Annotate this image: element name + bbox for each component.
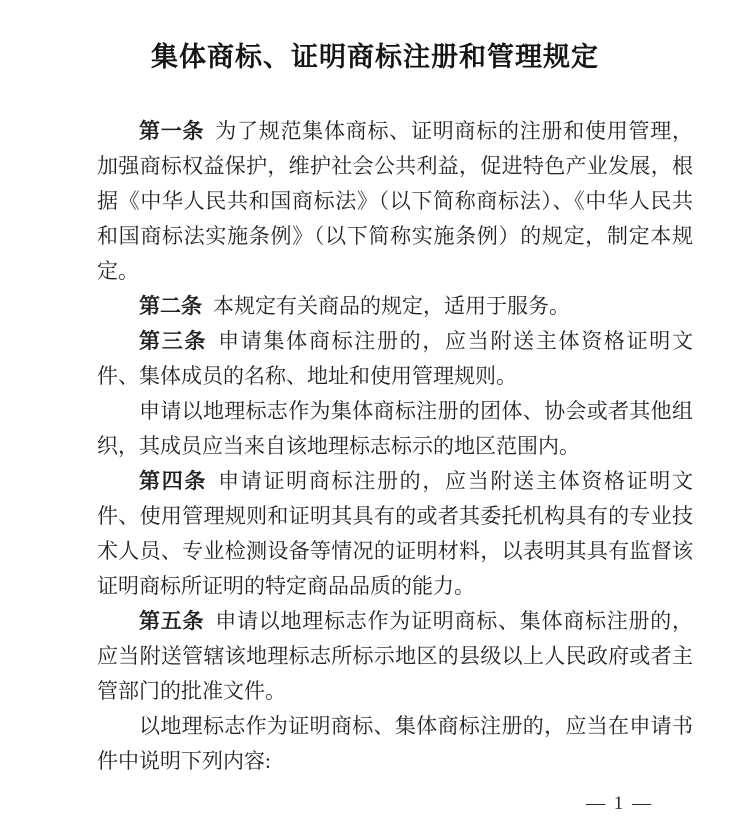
article-number-label: 第三条 <box>139 329 207 353</box>
article-paragraph: 以地理标志作为证明商标、集体商标注册的，应当在申请书件中说明下列内容: <box>97 709 693 779</box>
article-paragraph: 第四条申请证明商标注册的，应当附送主体资格证明文件、使用管理规则和证明其具有的或… <box>97 464 693 604</box>
document-body: 第一条为了规范集体商标、证明商标的注册和使用管理，加强商标权益保护，维护社会公共… <box>97 114 693 779</box>
article-text: 本规定有关商品的规定，适用于服务。 <box>213 294 570 318</box>
article-text: 为了规范集体商标、证明商标的注册和使用管理，加强商标权益保护，维护社会公共利益，… <box>97 119 693 283</box>
article-paragraph: 第一条为了规范集体商标、证明商标的注册和使用管理，加强商标权益保护，维护社会公共… <box>97 114 693 289</box>
article-paragraph: 申请以地理标志作为集体商标注册的团体、协会或者其他组织，其成员应当来自该地理标志… <box>97 394 693 464</box>
page-number: — 1 — <box>586 793 653 815</box>
article-paragraph: 第五条申请以地理标志作为证明商标、集体商标注册的，应当附送管辖该地理标志所标示地… <box>97 604 693 709</box>
article-text: 申请以地理标志作为集体商标注册的团体、协会或者其他组织，其成员应当来自该地理标志… <box>97 399 693 458</box>
article-paragraph: 第三条申请集体商标注册的，应当附送主体资格证明文件、集体成员的名称、地址和使用管… <box>97 324 693 394</box>
page-title: 集体商标、证明商标注册和管理规定 <box>0 18 750 74</box>
article-number-label: 第一条 <box>139 119 204 143</box>
article-number-label: 第四条 <box>139 469 207 493</box>
document-page: 集体商标、证明商标注册和管理规定 第一条为了规范集体商标、证明商标的注册和使用管… <box>0 0 750 824</box>
article-text: 以地理标志作为证明商标、集体商标注册的，应当在申请书件中说明下列内容: <box>97 714 693 773</box>
article-number-label: 第五条 <box>139 609 204 633</box>
article-number-label: 第二条 <box>139 294 202 318</box>
article-paragraph: 第二条本规定有关商品的规定，适用于服务。 <box>97 289 693 324</box>
